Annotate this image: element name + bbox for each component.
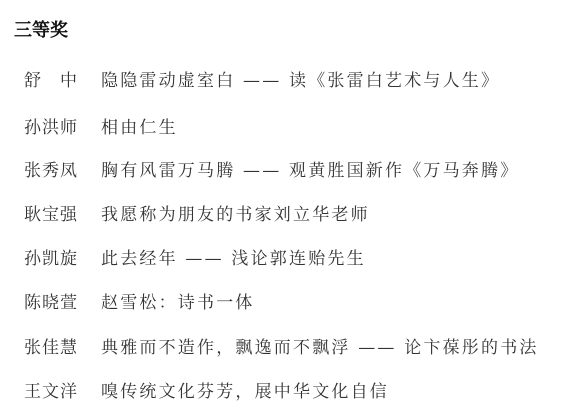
entry-row: 王文洋 嗅传统文化芬芳，展中华文化自信 <box>24 377 389 401</box>
article-title: 赵雪松：诗书一体 <box>101 288 255 313</box>
article-title: 此去经年 —— 浅论郭连贻先生 <box>101 244 366 269</box>
article-title: 隐隐雷动虚室白 —— 读《张雷白艺术与人生》 <box>101 66 500 91</box>
entry-row: 张佳慧 典雅而不造作，飘逸而不飘浮 —— 论卞葆彤的书法 <box>24 333 539 357</box>
author-name: 王文洋 <box>24 377 101 402</box>
article-title: 嗅传统文化芬芳，展中华文化自信 <box>101 377 389 402</box>
article-title: 我愿称为朋友的书家刘立华老师 <box>101 200 370 225</box>
section-heading: 三等奖 <box>14 16 68 42</box>
article-title: 胸有风雷万马腾 —— 观黄胜国新作《万马奔腾》 <box>101 156 519 181</box>
entry-row: 舒 中 隐隐雷动虚室白 —— 读《张雷白艺术与人生》 <box>24 66 500 90</box>
author-name: 陈晓萱 <box>24 288 101 313</box>
author-name: 耿宝强 <box>24 200 101 225</box>
author-name: 张秀凤 <box>24 156 101 181</box>
author-name: 张佳慧 <box>24 333 101 358</box>
article-title: 典雅而不造作，飘逸而不飘浮 —— 论卞葆彤的书法 <box>101 333 539 358</box>
author-name: 孙洪师 <box>24 113 101 138</box>
article-title: 相由仁生 <box>101 113 178 138</box>
author-name: 舒 中 <box>24 66 101 91</box>
entry-row: 孙凯旋 此去经年 —— 浅论郭连贻先生 <box>24 244 366 268</box>
entry-row: 耿宝强 我愿称为朋友的书家刘立华老师 <box>24 200 370 224</box>
author-name: 孙凯旋 <box>24 244 101 269</box>
entry-row: 孙洪师 相由仁生 <box>24 113 178 137</box>
entry-row: 张秀凤 胸有风雷万马腾 —— 观黄胜国新作《万马奔腾》 <box>24 156 519 180</box>
entry-row: 陈晓萱 赵雪松：诗书一体 <box>24 288 255 312</box>
